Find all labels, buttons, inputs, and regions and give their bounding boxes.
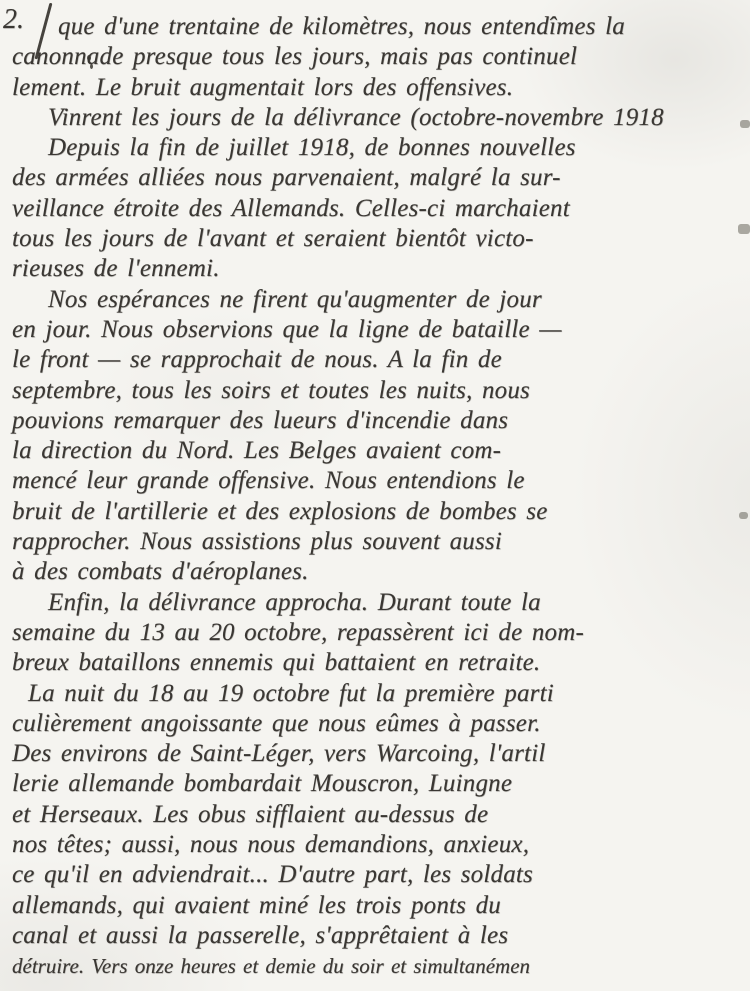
- manuscript-line: détruire. Vers onze heures et demie du s…: [12, 951, 750, 981]
- manuscript-line: et Herseaux. Les obus sifflaient au-dess…: [12, 800, 750, 830]
- manuscript-line: à des combats d'aéroplanes.: [12, 557, 750, 587]
- manuscript-line: nos têtes; aussi, nous nous demandions, …: [12, 830, 750, 860]
- manuscript-line: Des environs de Saint-Léger, vers Warcoi…: [12, 739, 750, 769]
- manuscript-line: bruit de l'artillerie et des explosions …: [12, 497, 750, 527]
- manuscript-line: le front — se rapprochait de nous. A la …: [12, 345, 750, 375]
- manuscript-line: la direction du Nord. Les Belges avaient…: [12, 436, 750, 466]
- manuscript-line: semaine du 13 au 20 octobre, repassèrent…: [12, 618, 750, 648]
- manuscript-line: pouvions remarquer des lueurs d'incendie…: [12, 406, 750, 436]
- manuscript-page: 2. que d'une trentaine de kilomètres, no…: [0, 0, 750, 991]
- manuscript-line: Depuis la fin de juillet 1918, de bonnes…: [12, 133, 750, 163]
- manuscript-text: que d'une trentaine de kilomètres, nous …: [12, 12, 750, 982]
- manuscript-line: Enfin, la délivrance approcha. Durant to…: [12, 588, 750, 618]
- manuscript-line: culièrement angoissante que nous eûmes à…: [12, 709, 750, 739]
- manuscript-line: allemands, qui avaient miné les trois po…: [12, 891, 750, 921]
- manuscript-line: mencé leur grande offensive. Nous entend…: [12, 466, 750, 496]
- manuscript-line: en jour. Nous observions que la ligne de…: [12, 315, 750, 345]
- manuscript-line: Vinrent les jours de la délivrance (octo…: [12, 103, 750, 133]
- manuscript-line: rieuses de l'ennemi.: [12, 254, 750, 284]
- manuscript-line: Nos espérances ne firent qu'augmenter de…: [12, 285, 750, 315]
- manuscript-line: que d'une trentaine de kilomètres, nous …: [12, 12, 750, 42]
- manuscript-line: septembre, tous les soirs et toutes les …: [12, 376, 750, 406]
- manuscript-line: breux bataillons ennemis qui battaient e…: [12, 648, 750, 678]
- manuscript-line: ce qu'il en adviendrait... D'autre part,…: [12, 860, 750, 890]
- manuscript-line: lement. Le bruit augmentait lors des off…: [12, 73, 750, 103]
- manuscript-line: canonnade presque tous les jours, mais p…: [12, 42, 750, 72]
- manuscript-line: lerie allemande bombardait Mouscron, Lui…: [12, 769, 750, 799]
- manuscript-line: La nuit du 18 au 19 octobre fut la premi…: [12, 679, 750, 709]
- manuscript-line: veillance étroite des Allemands. Celles-…: [12, 194, 750, 224]
- manuscript-line: tous les jours de l'avant et seraient bi…: [12, 224, 750, 254]
- manuscript-line: des armées alliées nous parvenaient, mal…: [12, 163, 750, 193]
- manuscript-line: canal et aussi la passerelle, s'apprêtai…: [12, 921, 750, 951]
- manuscript-line: rapprocher. Nous assistions plus souvent…: [12, 527, 750, 557]
